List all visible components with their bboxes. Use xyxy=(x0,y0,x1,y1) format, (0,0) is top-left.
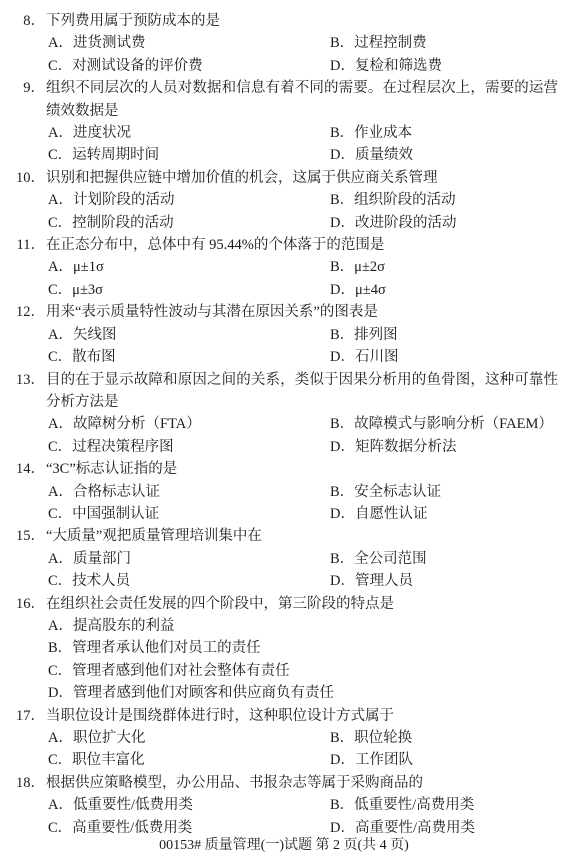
option-text: 职位丰富化 xyxy=(72,752,145,768)
answer-option: C．技术人员 xyxy=(48,570,330,592)
question-stem-row: 16． 在组织社会责任发展的四个阶段中，第三阶段的特点是 xyxy=(12,593,558,615)
answer-option: C．职位丰富化 xyxy=(48,749,330,771)
option-text: 故障模式与影响分析（FAEM） xyxy=(354,416,553,432)
option-label: B． xyxy=(330,730,354,746)
option-text: 管理人员 xyxy=(355,573,413,589)
question: 18． 根据供应策略模型，办公用品、书报杂志等属于采购商品的 A．低重要性/低费… xyxy=(12,772,558,839)
option-label: A． xyxy=(48,35,73,51)
question: 16． 在组织社会责任发展的四个阶段中，第三阶段的特点是 A．提高股东的利益 B… xyxy=(12,593,558,705)
answer-option: A．质量部门 xyxy=(48,548,330,570)
answer-option: D．改进阶段的活动 xyxy=(330,212,558,234)
answer-option: B．μ±2σ xyxy=(330,256,558,278)
option-label: D． xyxy=(330,282,355,298)
option-label: B． xyxy=(330,797,354,813)
option-label: C． xyxy=(48,573,72,589)
option-label: C． xyxy=(48,215,72,231)
question-stem-row: 8． 下列费用属于预防成本的是 xyxy=(12,10,558,32)
question-options: A．μ±1σ B．μ±2σ C．μ±3σ D．μ±4σ xyxy=(48,256,558,301)
option-label: A． xyxy=(48,730,73,746)
question: 15． “大质量”观把质量管理培训集中在 A．质量部门 B．全公司范围 C．技术… xyxy=(12,525,558,592)
option-label: A． xyxy=(48,618,73,634)
option-text: 管理者感到他们对顾客和供应商负有责任 xyxy=(73,685,334,701)
option-label: C． xyxy=(48,820,72,836)
answer-option: B．低重要性/高费用类 xyxy=(330,794,558,816)
question-number: 18． xyxy=(12,772,46,794)
answer-option: C．过程决策程序图 xyxy=(48,436,330,458)
question-stem-row: 11． 在正态分布中，总体中有 95.44%的个体落于的范围是 xyxy=(12,234,558,256)
answer-option: D．矩阵数据分析法 xyxy=(330,436,558,458)
option-text: 故障树分析（FTA） xyxy=(73,416,201,432)
option-label: B． xyxy=(330,484,354,500)
answer-option: D．质量绩效 xyxy=(330,144,558,166)
question: 13． 目的在于显示故障和原因之间的关系，类似于因果分析用的鱼骨图，这种可靠性分… xyxy=(12,369,558,459)
answer-option: D．μ±4σ xyxy=(330,279,558,301)
option-label: D． xyxy=(330,820,355,836)
answer-option: C．对测试设备的评价费 xyxy=(48,55,330,77)
question-number: 8． xyxy=(12,10,46,32)
option-label: D． xyxy=(330,215,355,231)
option-text: 管理者承认他们对员工的责任 xyxy=(72,640,261,656)
option-label: A． xyxy=(48,192,73,208)
answer-option: A．矢线图 xyxy=(48,324,330,346)
question-number: 12． xyxy=(12,301,46,323)
option-text: 计划阶段的活动 xyxy=(73,192,175,208)
option-label: C． xyxy=(48,58,72,74)
question: 11． 在正态分布中，总体中有 95.44%的个体落于的范围是 A．μ±1σ B… xyxy=(12,234,558,301)
answer-option: D．石川图 xyxy=(330,346,558,368)
option-text: 中国强制认证 xyxy=(72,506,159,522)
answer-option: B．过程控制费 xyxy=(330,32,558,54)
question-options: A．进度状况 B．作业成本 C．运转周期时间 D．质量绩效 xyxy=(48,122,558,167)
question: 9． 组织不同层次的人员对数据和信息有着不同的需要。在过程层次上，需要的运营绩效… xyxy=(12,77,558,167)
option-text: 提高股东的利益 xyxy=(73,618,175,634)
option-text: 过程决策程序图 xyxy=(72,439,174,455)
option-text: 复检和筛选费 xyxy=(355,58,442,74)
question-number: 15． xyxy=(12,525,46,547)
page-footer: 00153# 质量管理(一)试题 第 2 页(共 4 页) xyxy=(0,836,568,856)
option-text: μ±2σ xyxy=(354,259,385,275)
question-stem: 在组织社会责任发展的四个阶段中，第三阶段的特点是 xyxy=(46,593,558,615)
question-options: A．质量部门 B．全公司范围 C．技术人员 D．管理人员 xyxy=(48,548,558,593)
answer-option: B．职位轮换 xyxy=(330,727,558,749)
question: 10． 识别和把握供应链中增加价值的机会，这属于供应商关系管理 A．计划阶段的活… xyxy=(12,167,558,234)
question-number: 16． xyxy=(12,593,46,615)
option-label: A． xyxy=(48,551,73,567)
question-number: 10． xyxy=(12,167,46,189)
option-text: 组织阶段的活动 xyxy=(354,192,456,208)
option-text: 技术人员 xyxy=(72,573,130,589)
question-stem: “大质量”观把质量管理培训集中在 xyxy=(46,525,558,547)
option-label: B． xyxy=(330,125,354,141)
question-options: A．提高股东的利益 B．管理者承认他们对员工的责任 C．管理者感到他们对社会整体… xyxy=(48,615,558,705)
answer-option: D．复检和筛选费 xyxy=(330,55,558,77)
question-options: A．计划阶段的活动 B．组织阶段的活动 C．控制阶段的活动 D．改进阶段的活动 xyxy=(48,189,558,234)
question-number: 14． xyxy=(12,458,46,480)
option-label: C． xyxy=(48,663,72,679)
option-label: D． xyxy=(330,573,355,589)
question-stem: 当职位设计是围绕群体进行时，这种职位设计方式属于 xyxy=(46,705,558,727)
answer-option: D．工作团队 xyxy=(330,749,558,771)
question-stem: “3C”标志认证指的是 xyxy=(46,458,558,480)
option-label: D． xyxy=(330,506,355,522)
option-label: B． xyxy=(330,259,354,275)
answer-option: C．运转周期时间 xyxy=(48,144,330,166)
answer-option: A．计划阶段的活动 xyxy=(48,189,330,211)
option-label: D． xyxy=(330,439,355,455)
option-text: 控制阶段的活动 xyxy=(72,215,174,231)
question-stem-row: 12． 用来“表示质量特性波动与其潜在原因关系”的图表是 xyxy=(12,301,558,323)
question-options: A．进货测试费 B．过程控制费 C．对测试设备的评价费 D．复检和筛选费 xyxy=(48,32,558,77)
question-stem-row: 18． 根据供应策略模型，办公用品、书报杂志等属于采购商品的 xyxy=(12,772,558,794)
answer-option: C．μ±3σ xyxy=(48,279,330,301)
option-text: 合格标志认证 xyxy=(73,484,160,500)
answer-option: B．作业成本 xyxy=(330,122,558,144)
question-number: 17． xyxy=(12,705,46,727)
option-label: B． xyxy=(330,35,354,51)
option-label: A． xyxy=(48,125,73,141)
question-stem: 根据供应策略模型，办公用品、书报杂志等属于采购商品的 xyxy=(46,772,558,794)
option-label: A． xyxy=(48,259,73,275)
question-number: 11． xyxy=(12,234,46,256)
question: 17． 当职位设计是围绕群体进行时，这种职位设计方式属于 A．职位扩大化 B．职… xyxy=(12,705,558,772)
option-text: μ±4σ xyxy=(355,282,386,298)
answer-option: A．合格标志认证 xyxy=(48,481,330,503)
question-stem-row: 10． 识别和把握供应链中增加价值的机会，这属于供应商关系管理 xyxy=(12,167,558,189)
option-text: 进度状况 xyxy=(73,125,131,141)
answer-option: B．组织阶段的活动 xyxy=(330,189,558,211)
option-text: 安全标志认证 xyxy=(354,484,441,500)
option-text: 工作团队 xyxy=(355,752,413,768)
question: 14． “3C”标志认证指的是 A．合格标志认证 B．安全标志认证 C．中国强制… xyxy=(12,458,558,525)
question-stem: 下列费用属于预防成本的是 xyxy=(46,10,558,32)
option-text: 过程控制费 xyxy=(354,35,427,51)
question-options: A．矢线图 B．排列图 C．散布图 D．石川图 xyxy=(48,324,558,369)
option-label: B． xyxy=(330,192,354,208)
option-label: C． xyxy=(48,439,72,455)
question-stem: 用来“表示质量特性波动与其潜在原因关系”的图表是 xyxy=(46,301,558,323)
question-options: A．低重要性/低费用类 B．低重要性/高费用类 C．高重要性/低费用类 D．高重… xyxy=(48,794,558,839)
option-text: 职位扩大化 xyxy=(73,730,146,746)
answer-option: A．职位扩大化 xyxy=(48,727,330,749)
question-stem: 目的在于显示故障和原因之间的关系，类似于因果分析用的鱼骨图，这种可靠性分析方法是 xyxy=(46,369,558,414)
exam-page: 8． 下列费用属于预防成本的是 A．进货测试费 B．过程控制费 C．对测试设备的… xyxy=(0,0,568,867)
option-label: C． xyxy=(48,147,72,163)
answer-option: A．低重要性/低费用类 xyxy=(48,794,330,816)
option-text: 运转周期时间 xyxy=(72,147,159,163)
option-label: C． xyxy=(48,506,72,522)
question-stem-row: 15． “大质量”观把质量管理培训集中在 xyxy=(12,525,558,547)
answer-option: D．管理人员 xyxy=(330,570,558,592)
answer-option: D．自愿性认证 xyxy=(330,503,558,525)
question-stem-row: 17． 当职位设计是围绕群体进行时，这种职位设计方式属于 xyxy=(12,705,558,727)
answer-option: A．进度状况 xyxy=(48,122,330,144)
option-text: 自愿性认证 xyxy=(355,506,428,522)
option-text: 排列图 xyxy=(354,327,398,343)
question-options: A．职位扩大化 B．职位轮换 C．职位丰富化 D．工作团队 xyxy=(48,727,558,772)
option-text: 散布图 xyxy=(72,349,116,365)
option-text: 矩阵数据分析法 xyxy=(355,439,457,455)
option-label: C． xyxy=(48,349,72,365)
answer-option: B．全公司范围 xyxy=(330,548,558,570)
option-label: A． xyxy=(48,327,73,343)
option-label: B． xyxy=(330,327,354,343)
question-list: 8． 下列费用属于预防成本的是 A．进货测试费 B．过程控制费 C．对测试设备的… xyxy=(12,10,558,839)
option-label: C． xyxy=(48,752,72,768)
option-label: B． xyxy=(48,640,72,656)
option-text: 质量部门 xyxy=(73,551,131,567)
option-label: D． xyxy=(48,685,73,701)
option-label: B． xyxy=(330,551,354,567)
question-options: A．故障树分析（FTA） B．故障模式与影响分析（FAEM） C．过程决策程序图… xyxy=(48,413,558,458)
question-stem: 组织不同层次的人员对数据和信息有着不同的需要。在过程层次上，需要的运营绩效数据是 xyxy=(46,77,558,122)
option-label: A． xyxy=(48,416,73,432)
question-stem: 识别和把握供应链中增加价值的机会，这属于供应商关系管理 xyxy=(46,167,558,189)
answer-option: C．控制阶段的活动 xyxy=(48,212,330,234)
answer-option: C．管理者感到他们对社会整体有责任 xyxy=(48,660,558,682)
option-text: 作业成本 xyxy=(354,125,412,141)
option-text: 低重要性/高费用类 xyxy=(354,797,474,813)
option-label: C． xyxy=(48,282,72,298)
option-text: 改进阶段的活动 xyxy=(355,215,457,231)
option-text: 低重要性/低费用类 xyxy=(73,797,193,813)
option-label: B． xyxy=(330,416,354,432)
answer-option: B．管理者承认他们对员工的责任 xyxy=(48,637,558,659)
question-stem-row: 13． 目的在于显示故障和原因之间的关系，类似于因果分析用的鱼骨图，这种可靠性分… xyxy=(12,369,558,414)
answer-option: A．μ±1σ xyxy=(48,256,330,278)
option-text: 对测试设备的评价费 xyxy=(72,58,203,74)
answer-option: B．排列图 xyxy=(330,324,558,346)
question-stem: 在正态分布中，总体中有 95.44%的个体落于的范围是 xyxy=(46,234,558,256)
answer-option: B．故障模式与影响分析（FAEM） xyxy=(330,413,558,435)
answer-option: A．进货测试费 xyxy=(48,32,330,54)
question: 12． 用来“表示质量特性波动与其潜在原因关系”的图表是 A．矢线图 B．排列图… xyxy=(12,301,558,368)
option-text: 全公司范围 xyxy=(354,551,427,567)
answer-option: A．提高股东的利益 xyxy=(48,615,558,637)
option-label: D． xyxy=(330,58,355,74)
question-stem-row: 9． 组织不同层次的人员对数据和信息有着不同的需要。在过程层次上，需要的运营绩效… xyxy=(12,77,558,122)
answer-option: B．安全标志认证 xyxy=(330,481,558,503)
question: 8． 下列费用属于预防成本的是 A．进货测试费 B．过程控制费 C．对测试设备的… xyxy=(12,10,558,77)
option-label: A． xyxy=(48,484,73,500)
question-number: 9． xyxy=(12,77,46,99)
answer-option: A．故障树分析（FTA） xyxy=(48,413,330,435)
option-text: 高重要性/低费用类 xyxy=(72,820,192,836)
option-label: D． xyxy=(330,349,355,365)
option-text: 高重要性/高费用类 xyxy=(355,820,475,836)
option-text: μ±3σ xyxy=(72,282,103,298)
option-text: 职位轮换 xyxy=(354,730,412,746)
question-options: A．合格标志认证 B．安全标志认证 C．中国强制认证 D．自愿性认证 xyxy=(48,481,558,526)
option-label: D． xyxy=(330,147,355,163)
option-text: 进货测试费 xyxy=(73,35,146,51)
option-text: 石川图 xyxy=(355,349,399,365)
option-label: A． xyxy=(48,797,73,813)
question-stem-row: 14． “3C”标志认证指的是 xyxy=(12,458,558,480)
option-text: 管理者感到他们对社会整体有责任 xyxy=(72,663,290,679)
answer-option: C．散布图 xyxy=(48,346,330,368)
question-number: 13． xyxy=(12,369,46,391)
option-text: μ±1σ xyxy=(73,259,104,275)
option-label: D． xyxy=(330,752,355,768)
option-text: 质量绩效 xyxy=(355,147,413,163)
answer-option: D．管理者感到他们对顾客和供应商负有责任 xyxy=(48,682,558,704)
answer-option: C．中国强制认证 xyxy=(48,503,330,525)
option-text: 矢线图 xyxy=(73,327,117,343)
